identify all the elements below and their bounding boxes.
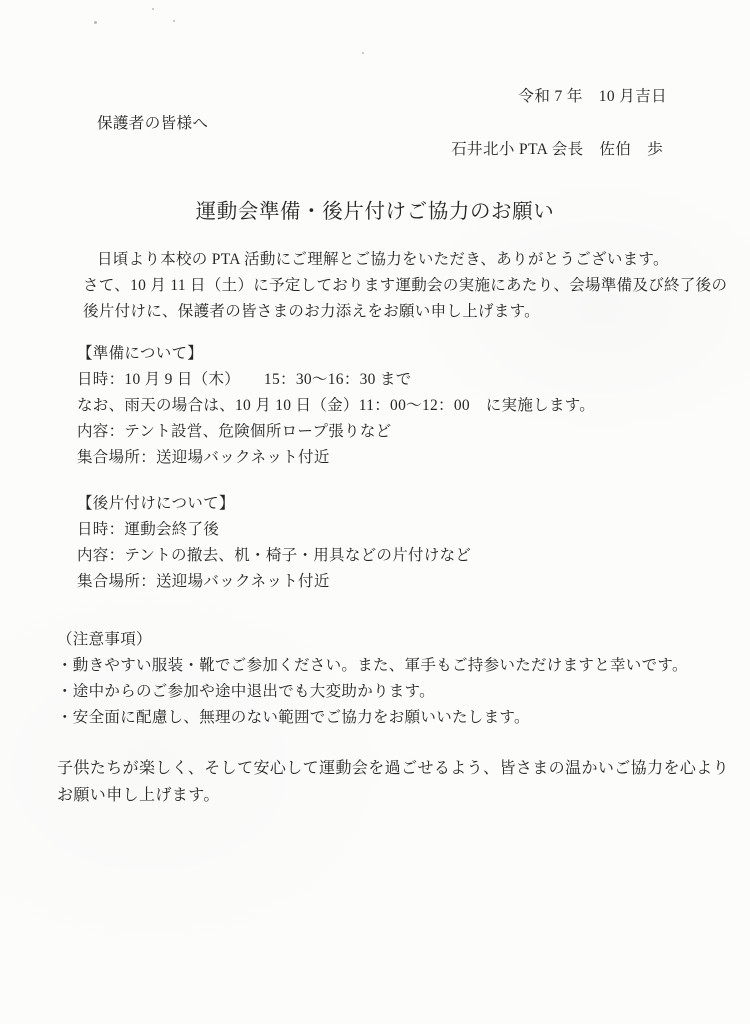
intro-line: 日頃より本校の PTA 活動にご理解とご協力をいただき、ありがとうございます。 xyxy=(83,247,723,273)
cleanup-datetime-line: 日時：運動会終了後 xyxy=(77,517,727,543)
closing-line: お願い申し上げます。 xyxy=(57,782,722,809)
closing-line: 子供たちが楽しく、そして安心して運動会を過ごせるよう、皆さまの温かいご協力を心よ… xyxy=(57,755,722,782)
preparation-meeting-place-line: 集合場所：送迎場バックネット付近 xyxy=(77,445,727,471)
preparation-content-line: 内容：テント設営、危険個所ロープ張りなど xyxy=(77,419,727,445)
notes-section: （注意事項） ・動きやすい服装・靴でご参加ください。また、軍手もご持参いただけま… xyxy=(57,627,727,731)
cleanup-meeting-place-line: 集合場所：送迎場バックネット付近 xyxy=(77,569,727,595)
closing-paragraph: 子供たちが楽しく、そして安心して運動会を過ごせるよう、皆さまの温かいご協力を心よ… xyxy=(57,755,722,809)
preparation-section: 【準備について】 日時：10 月 9 日（木） 15：30～16：30 まで な… xyxy=(77,341,727,471)
sender-line: 石井北小 PTA 会長 佐伯 歩 xyxy=(451,137,663,159)
scan-speck xyxy=(173,20,175,22)
scan-speck xyxy=(152,8,154,10)
note-bullet-partial-participation: ・途中からのご参加や途中退出でも大変助かります。 xyxy=(57,679,727,705)
scan-speck xyxy=(94,21,97,24)
notes-section-heading: （注意事項） xyxy=(57,627,727,653)
scan-speck xyxy=(362,52,364,54)
preparation-section-heading: 【準備について】 xyxy=(77,341,727,367)
intro-paragraph: 日頃より本校の PTA 活動にご理解とご協力をいただき、ありがとうございます。 … xyxy=(83,247,723,325)
scanned-letter-page: 令和 7 年 10 月吉日 保護者の皆様へ 石井北小 PTA 会長 佐伯 歩 運… xyxy=(0,0,750,1024)
cleanup-section: 【後片付けについて】 日時：運動会終了後 内容：テントの撤去、机・椅子・用具など… xyxy=(77,491,727,595)
preparation-datetime-line: 日時：10 月 9 日（木） 15：30～16：30 まで xyxy=(77,367,727,393)
cleanup-content-line: 内容：テントの撤去、机・椅子・用具などの片付けなど xyxy=(77,543,727,569)
intro-line: さて、10 月 11 日（土）に予定しております運動会の実施にあたり、会場準備及… xyxy=(83,273,723,299)
preparation-rain-plan-line: なお、雨天の場合は、10 月 10 日（金）11：00～12：00 に実施します… xyxy=(77,393,727,419)
intro-line: 後片付けに、保護者の皆さまのお力添えをお願い申し上げます。 xyxy=(83,299,723,325)
note-bullet-clothing: ・動きやすい服装・靴でご参加ください。また、軍手もご持参いただけますと幸いです。 xyxy=(57,653,727,679)
recipient-line: 保護者の皆様へ xyxy=(97,111,208,133)
cleanup-section-heading: 【後片付けについて】 xyxy=(77,491,727,517)
document-date: 令和 7 年 10 月吉日 xyxy=(518,84,667,106)
note-bullet-safety: ・安全面に配慮し、無理のない範囲でご協力をお願いいたします。 xyxy=(57,705,727,731)
document-title: 運動会準備・後片付けご協力のお願い xyxy=(0,194,750,224)
